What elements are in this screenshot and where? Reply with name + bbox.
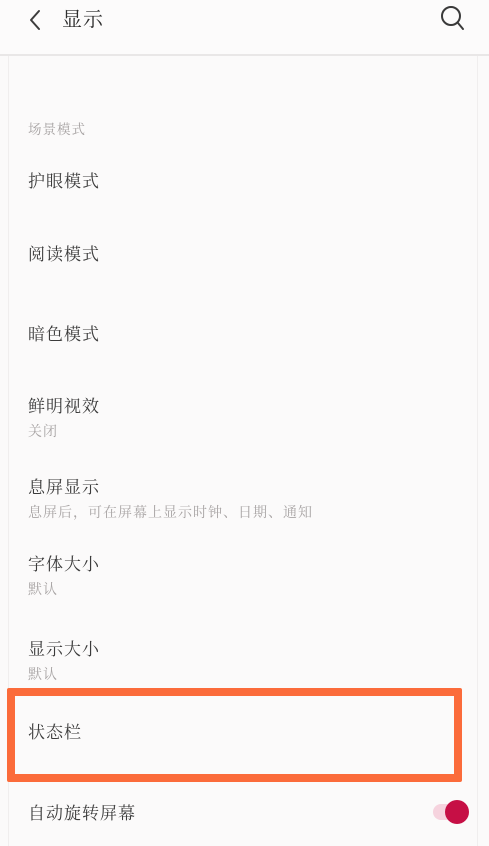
display-settings-screen: 显示 场景模式 护眼模式 阅读模式 暗色模式 鲜明视效 关闭 息屏显示 息屏后，… [0, 0, 489, 846]
list-item-eye-protection-mode[interactable]: 护眼模式 [0, 171, 477, 192]
list-item-subtitle: 关闭 [28, 422, 477, 440]
list-item-title: 显示大小 [28, 639, 477, 660]
auto-rotate-toggle[interactable] [433, 804, 467, 820]
header-divider [0, 54, 489, 56]
back-button[interactable] [18, 3, 52, 37]
list-item-title: 阅读模式 [28, 244, 477, 265]
list-item-title: 状态栏 [28, 722, 477, 743]
list-item-status-bar[interactable]: 状态栏 [0, 722, 477, 743]
list-item-ambient-display[interactable]: 息屏显示 息屏后，可在屏幕上显示时钟、日期、通知 [0, 477, 477, 521]
search-button[interactable] [434, 1, 470, 37]
list-item-dark-mode[interactable]: 暗色模式 [0, 324, 477, 345]
toggle-knob [445, 800, 469, 824]
list-item-title: 字体大小 [28, 554, 477, 575]
list-item-subtitle: 默认 [28, 665, 477, 683]
list-item-title: 自动旋转屏幕 [28, 803, 477, 824]
list-item-title: 鲜明视效 [28, 396, 477, 417]
list-item-auto-rotate[interactable]: 自动旋转屏幕 [0, 803, 477, 824]
list-item-title: 暗色模式 [28, 324, 477, 345]
app-bar: 显示 [0, 0, 489, 54]
list-item-vivid-effect[interactable]: 鲜明视效 关闭 [0, 396, 477, 440]
section-label-scene-mode: 场景模式 [28, 118, 86, 138]
list-item-display-size[interactable]: 显示大小 默认 [0, 639, 477, 683]
list-item-reading-mode[interactable]: 阅读模式 [0, 244, 477, 265]
list-item-subtitle: 息屏后，可在屏幕上显示时钟、日期、通知 [28, 503, 477, 521]
chevron-left-icon [27, 8, 43, 32]
screen-edge-right [477, 56, 478, 846]
page-title: 显示 [62, 6, 104, 34]
list-item-title: 护眼模式 [28, 171, 477, 192]
list-item-subtitle: 默认 [28, 580, 477, 598]
list-item-font-size[interactable]: 字体大小 默认 [0, 554, 477, 598]
search-icon [438, 3, 466, 35]
list-item-title: 息屏显示 [28, 477, 477, 498]
